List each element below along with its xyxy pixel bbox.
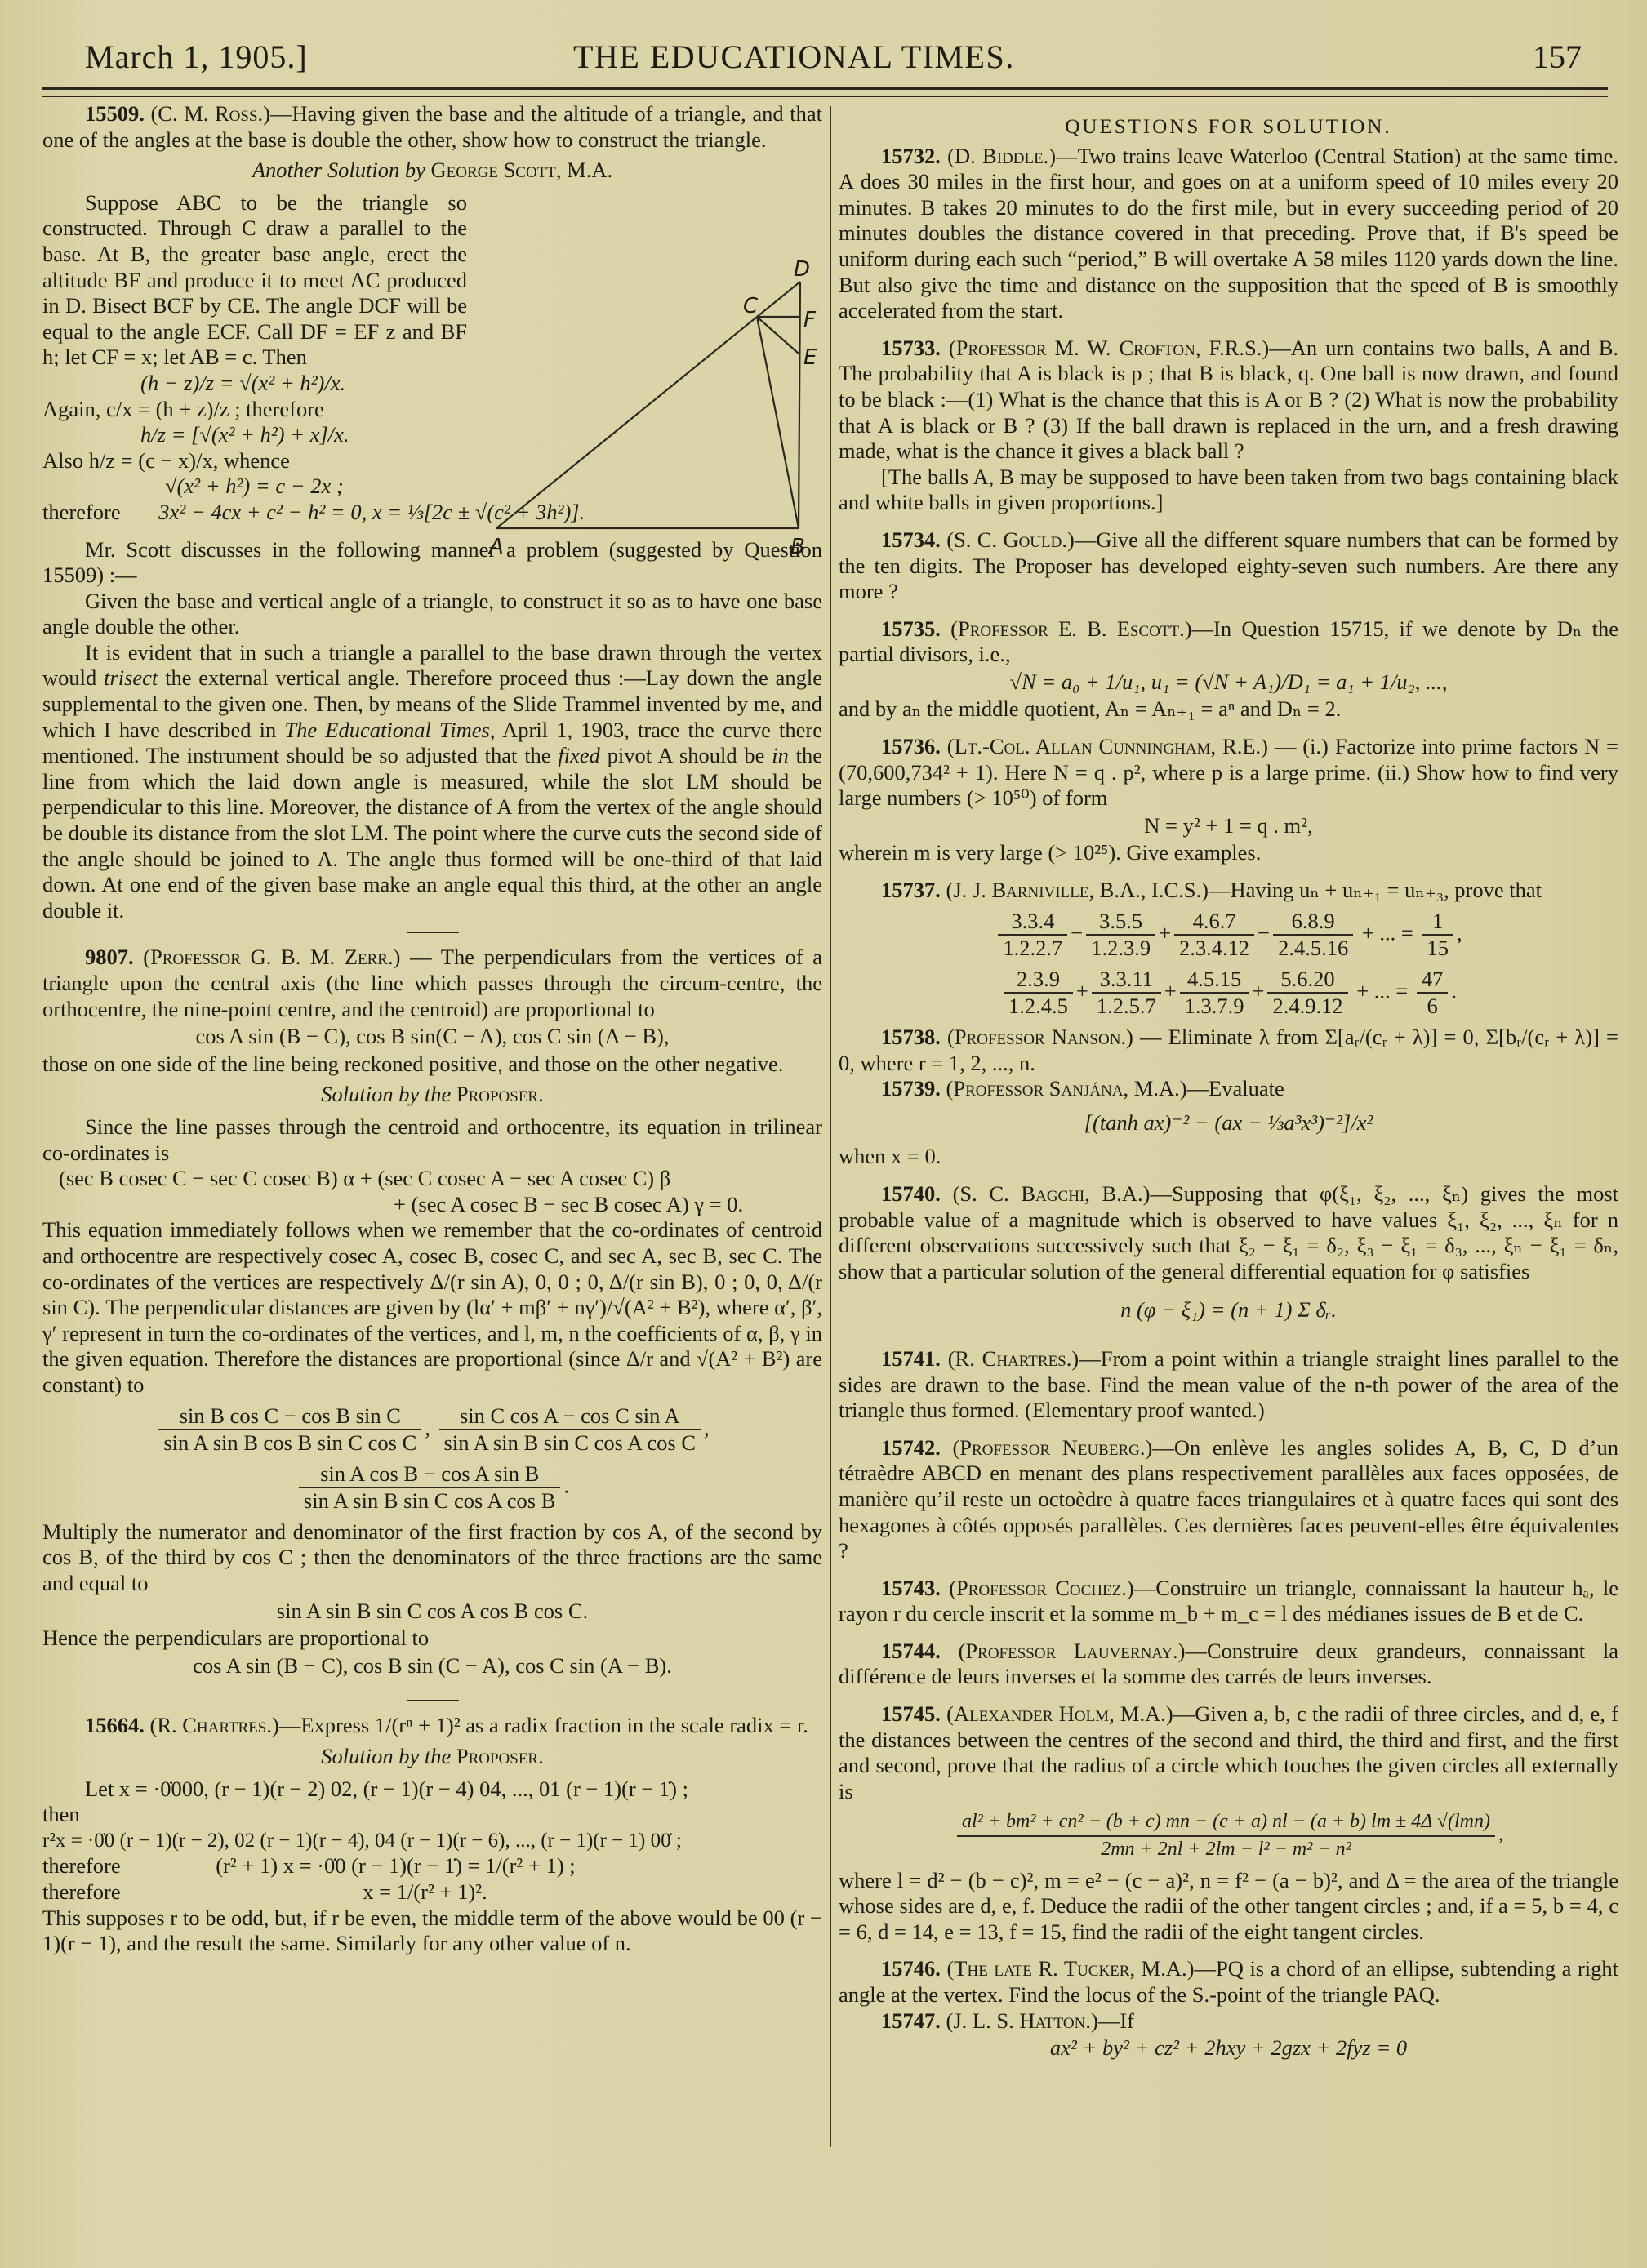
question-number: 15741. xyxy=(881,1346,941,1371)
question-number: 15742. xyxy=(881,1435,941,1460)
question-number: 15734. xyxy=(881,527,941,552)
question-author: (D. Biddle.) xyxy=(947,144,1056,168)
fraction: al² + bm² + cn² − (b + c) mn − (c + a) n… xyxy=(839,1809,1618,1862)
question-number: 15739. xyxy=(881,1076,941,1101)
question-number: 15736. xyxy=(881,734,941,758)
solution-byline: Another Solution by George Scott, M.A. xyxy=(42,158,822,184)
equation-row: therefore (r² + 1) x = ·0̇0 (r − 1)(r − … xyxy=(42,1853,822,1879)
question-author: (Professor E. B. Escott.) xyxy=(950,616,1191,641)
paragraph: Mr. Scott discusses in the following man… xyxy=(42,537,822,589)
question-15734: 15734. (S. C. Gould.)—Give all the diffe… xyxy=(839,527,1618,605)
question-author: (R. Chartres.) xyxy=(948,1346,1079,1371)
question-text: —Having uₙ + uₙ₊₁ = uₙ₊₃, prove that xyxy=(1209,878,1542,902)
question-number: 15746. xyxy=(881,1956,941,1981)
question-9807: 9807. (Professor G. B. M. Zerr.) — The p… xyxy=(42,945,822,1679)
question-15744: 15744. (Professor Lauvernay.)—Construire… xyxy=(839,1639,1618,1690)
equation: + (sec A cosec B − sec B cosec A) γ = 0. xyxy=(42,1192,822,1218)
question-number: 15745. xyxy=(881,1701,941,1726)
question-number: 15733. xyxy=(881,336,941,360)
question-number: 15664. xyxy=(85,1713,145,1737)
question-author: (Professor Sanjána, M.A.) xyxy=(946,1076,1187,1101)
left-column: 15509. (C. M. Ross.)—Having given the ba… xyxy=(42,101,822,1957)
question-15738: 15738. (Professor Nanson.) — Eliminate λ… xyxy=(839,1025,1618,1076)
paragraph: Given the base and vertical angle of a t… xyxy=(42,589,822,640)
question-author: (J. J. Barniville, B.A., I.C.S.) xyxy=(946,878,1209,902)
question-number: 15737. xyxy=(881,878,941,902)
header-rule-thick xyxy=(42,87,1608,90)
journal-title: THE EDUCATIONAL TIMES. xyxy=(573,38,1015,76)
question-text-cont: wherein m is very large (> 10²⁵). Give e… xyxy=(839,840,1618,866)
question-author: (Professor M. W. Crofton, F.R.S.) xyxy=(949,336,1269,360)
solution-byline: Solution by the Proposer. xyxy=(42,1082,822,1108)
section-separator xyxy=(407,932,459,933)
equation: (r² + 1) x = ·0̇0 (r − 1)(r − 1̇) = 1/(r… xyxy=(126,1853,575,1878)
issue-date: March 1, 1905.] xyxy=(85,38,308,76)
equation: (sec B cosec C − sec C cosec B) α + (sec… xyxy=(42,1166,822,1192)
series-2: 2.3.91.2.4.5+3.3.111.2.5.7+4.5.151.3.7.9… xyxy=(839,967,1618,1020)
header-rule-thin xyxy=(42,96,1608,97)
question-text-cont: where l = d² − (b − c)², m = e² − (c − a… xyxy=(839,1868,1618,1946)
question-number: 15738. xyxy=(881,1025,941,1049)
fraction-row: sin A cos B − cos A sin Bsin A sin B sin… xyxy=(42,1461,822,1514)
question-text-cont: when x = 0. xyxy=(839,1144,1618,1170)
solution-line: Again, c/x = (h + z)/z ; therefore xyxy=(42,397,822,423)
question-text: —Construire deux grandeurs, connaissant … xyxy=(839,1639,1618,1689)
equation: cos A sin (B − C), cos B sin (C − A), co… xyxy=(42,1653,822,1679)
question-author: (S. C. Bagchi, B.A.) xyxy=(953,1181,1151,1206)
journal-page: March 1, 1905.] THE EDUCATIONAL TIMES. 1… xyxy=(0,0,1647,2268)
question-number: 15740. xyxy=(881,1181,941,1206)
solution-line: then xyxy=(42,1802,822,1828)
question-author: (Professor Lauvernay.) xyxy=(959,1639,1186,1663)
question-15735: 15735. (Professor E. B. Escott.)—In Ques… xyxy=(839,616,1618,723)
question-15736: 15736. (Lt.-Col. Allan Cunningham, R.E.)… xyxy=(839,734,1618,866)
question-author: (Professor G. B. M. Zerr.) xyxy=(143,945,400,969)
question-author: (Professor Neuberg.) xyxy=(952,1435,1152,1460)
question-author: (The late R. Tucker, M.A.) xyxy=(946,1956,1194,1981)
solution-line: Hence the perpendiculars are proportiona… xyxy=(42,1625,822,1652)
question-author: (Lt.-Col. Allan Cunningham, R.E.) xyxy=(947,734,1268,758)
solution-line: Also h/z = (c − x)/x, whence xyxy=(42,448,822,474)
equation: √N = a₀ + 1/u₁, u₁ = (√N + A₁)/D₁ = a₁ +… xyxy=(839,669,1618,696)
question-author: (S. C. Gould.) xyxy=(946,527,1075,552)
question-text: —Express 1/(rⁿ + 1)² as a radix fraction… xyxy=(279,1713,808,1737)
page-header: March 1, 1905.] THE EDUCATIONAL TIMES. 1… xyxy=(85,33,1606,85)
question-number: 15509. xyxy=(85,101,145,126)
question-text-cont: and by aₙ the middle quotient, Aₙ = Aₙ₊₁… xyxy=(839,696,1618,723)
series-1: 3.3.41.2.2.7−3.5.51.2.3.9+4.6.72.3.4.12−… xyxy=(839,909,1618,962)
equation-row: therefore 3x² − 4cx + c² − h² = 0, x = ⅓… xyxy=(42,500,822,526)
solution-paragraph: This equation immediately follows when w… xyxy=(42,1217,822,1398)
question-number: 15747. xyxy=(881,2008,941,2033)
equation: h/z = [√(x² + h²) + x]/x. xyxy=(42,422,822,448)
question-number: 9807. xyxy=(85,945,134,969)
question-statement: 15509. (C. M. Ross.)—Having given the ba… xyxy=(42,101,822,153)
paragraph: It is evident that in such a triangle a … xyxy=(42,640,822,924)
question-15745: 15745. (Alexander Holm, M.A.)—Given a, b… xyxy=(839,1701,1618,1945)
page-number: 157 xyxy=(1533,38,1582,76)
question-15743: 15743. (Professor Cochez.)—Construire un… xyxy=(839,1576,1618,1627)
question-15664: 15664. (R. Chartres.)—Express 1/(rⁿ + 1)… xyxy=(42,1713,822,1956)
question-note: [The balls A, B may be supposed to have … xyxy=(839,465,1618,516)
fraction: sin A cos B − cos A sin Bsin A sin B sin… xyxy=(299,1461,561,1514)
equation: cos A sin (B − C), cos B sin(C − A), cos… xyxy=(42,1024,822,1050)
equation-row: therefore x = 1/(r² + 1)². xyxy=(42,1879,822,1906)
solution-paragraph: Suppose ABC to be the triangle so constr… xyxy=(42,190,467,371)
question-text: —Evaluate xyxy=(1187,1076,1284,1101)
question-author: (C. M. Ross.) xyxy=(150,101,270,126)
equation: N = y² + 1 = q . m², xyxy=(839,813,1618,839)
question-statement: 15664. (R. Chartres.)—Express 1/(rⁿ + 1)… xyxy=(42,1713,822,1739)
column-divider xyxy=(830,106,831,2147)
equation: √(x² + h²) = c − 2x ; xyxy=(42,474,822,500)
solution-paragraph: Multiply the numerator and denominator o… xyxy=(42,1519,822,1597)
fraction-row: sin B cos C − cos B sin Csin A sin B cos… xyxy=(42,1403,822,1456)
question-15746: 15746. (The late R. Tucker, M.A.)—PQ is … xyxy=(839,1956,1618,2008)
fraction: sin C cos A − cos C sin Asin A sin B sin… xyxy=(439,1403,701,1456)
question-author: (Professor Cochez.) xyxy=(949,1576,1133,1600)
question-number: 15743. xyxy=(881,1576,941,1600)
equation: sin A sin B sin C cos A cos B cos C. xyxy=(42,1599,822,1625)
section-title: QUESTIONS FOR SOLUTION. xyxy=(839,114,1618,140)
equation: [(tanh ax)⁻² − (ax − ⅓a³x³)⁻²]/x² xyxy=(839,1110,1618,1136)
right-column: QUESTIONS FOR SOLUTION. 15732. (D. Biddl… xyxy=(839,101,1618,2063)
equation: ax² + by² + cz² + 2hxy + 2gzx + 2fyz = 0 xyxy=(839,2035,1618,2061)
question-number: 15735. xyxy=(881,616,941,641)
fraction: sin B cos C − cos B sin Csin A sin B cos… xyxy=(158,1403,421,1456)
equation: 3x² − 4cx + c² − h² = 0, x = ⅓[2c ± √(c²… xyxy=(126,500,585,524)
question-15732: 15732. (D. Biddle.)—Two trains leave Wat… xyxy=(839,144,1618,324)
equation: n (φ − ξ₁) = (n + 1) Σ δᵣ. xyxy=(839,1297,1618,1323)
equation: r²x = ·0̇0 (r − 1)(r − 2), 02 (r − 1)(r … xyxy=(42,1828,822,1854)
equation: Let x = ·0̇000, (r − 1)(r − 2) 02, (r − … xyxy=(42,1777,822,1803)
solution-paragraph: Since the line passes through the centro… xyxy=(42,1114,822,1166)
question-15741: 15741. (R. Chartres.)—From a point withi… xyxy=(839,1346,1618,1424)
section-separator xyxy=(407,1700,459,1701)
question-15737: 15737. (J. J. Barniville, B.A., I.C.S.)—… xyxy=(839,878,1618,1020)
question-text: —If xyxy=(1098,2008,1134,2033)
question-15509: 15509. (C. M. Ross.)—Having given the ba… xyxy=(42,101,822,923)
question-author: (R. Chartres.) xyxy=(150,1713,279,1737)
question-15742: 15742. (Professor Neuberg.)—On enlève le… xyxy=(839,1435,1618,1564)
question-15740: 15740. (S. C. Bagchi, B.A.)—Supposing th… xyxy=(839,1181,1618,1323)
equation: (h − z)/z = √(x² + h²)/x. xyxy=(42,371,822,397)
question-number: 15732. xyxy=(881,144,941,168)
question-15733: 15733. (Professor M. W. Crofton, F.R.S.)… xyxy=(839,336,1618,516)
solver-name: George Scott, M.A. xyxy=(430,158,612,182)
question-text-cont: those on one side of the line being reck… xyxy=(42,1052,822,1078)
question-author: (Professor Nanson.) xyxy=(947,1025,1133,1049)
equation: x = 1/(r² + 1)². xyxy=(126,1879,487,1904)
solution-byline: Solution by the Proposer. xyxy=(42,1744,822,1770)
question-number: 15744. xyxy=(881,1639,941,1663)
question-15747: 15747. (J. L. S. Hatton.)—If ax² + by² +… xyxy=(839,2008,1618,2061)
question-author: (J. L. S. Hatton.) xyxy=(946,2008,1098,2033)
question-text: —Two trains leave Waterloo (Central Stat… xyxy=(839,144,1618,323)
solution-paragraph: This supposes r to be odd, but, if r be … xyxy=(42,1906,822,1957)
question-statement: 9807. (Professor G. B. M. Zerr.) — The p… xyxy=(42,945,822,1022)
question-15739: 15739. (Professor Sanjána, M.A.)—Evaluat… xyxy=(839,1076,1618,1170)
question-author: (Alexander Holm, M.A.) xyxy=(946,1701,1173,1726)
